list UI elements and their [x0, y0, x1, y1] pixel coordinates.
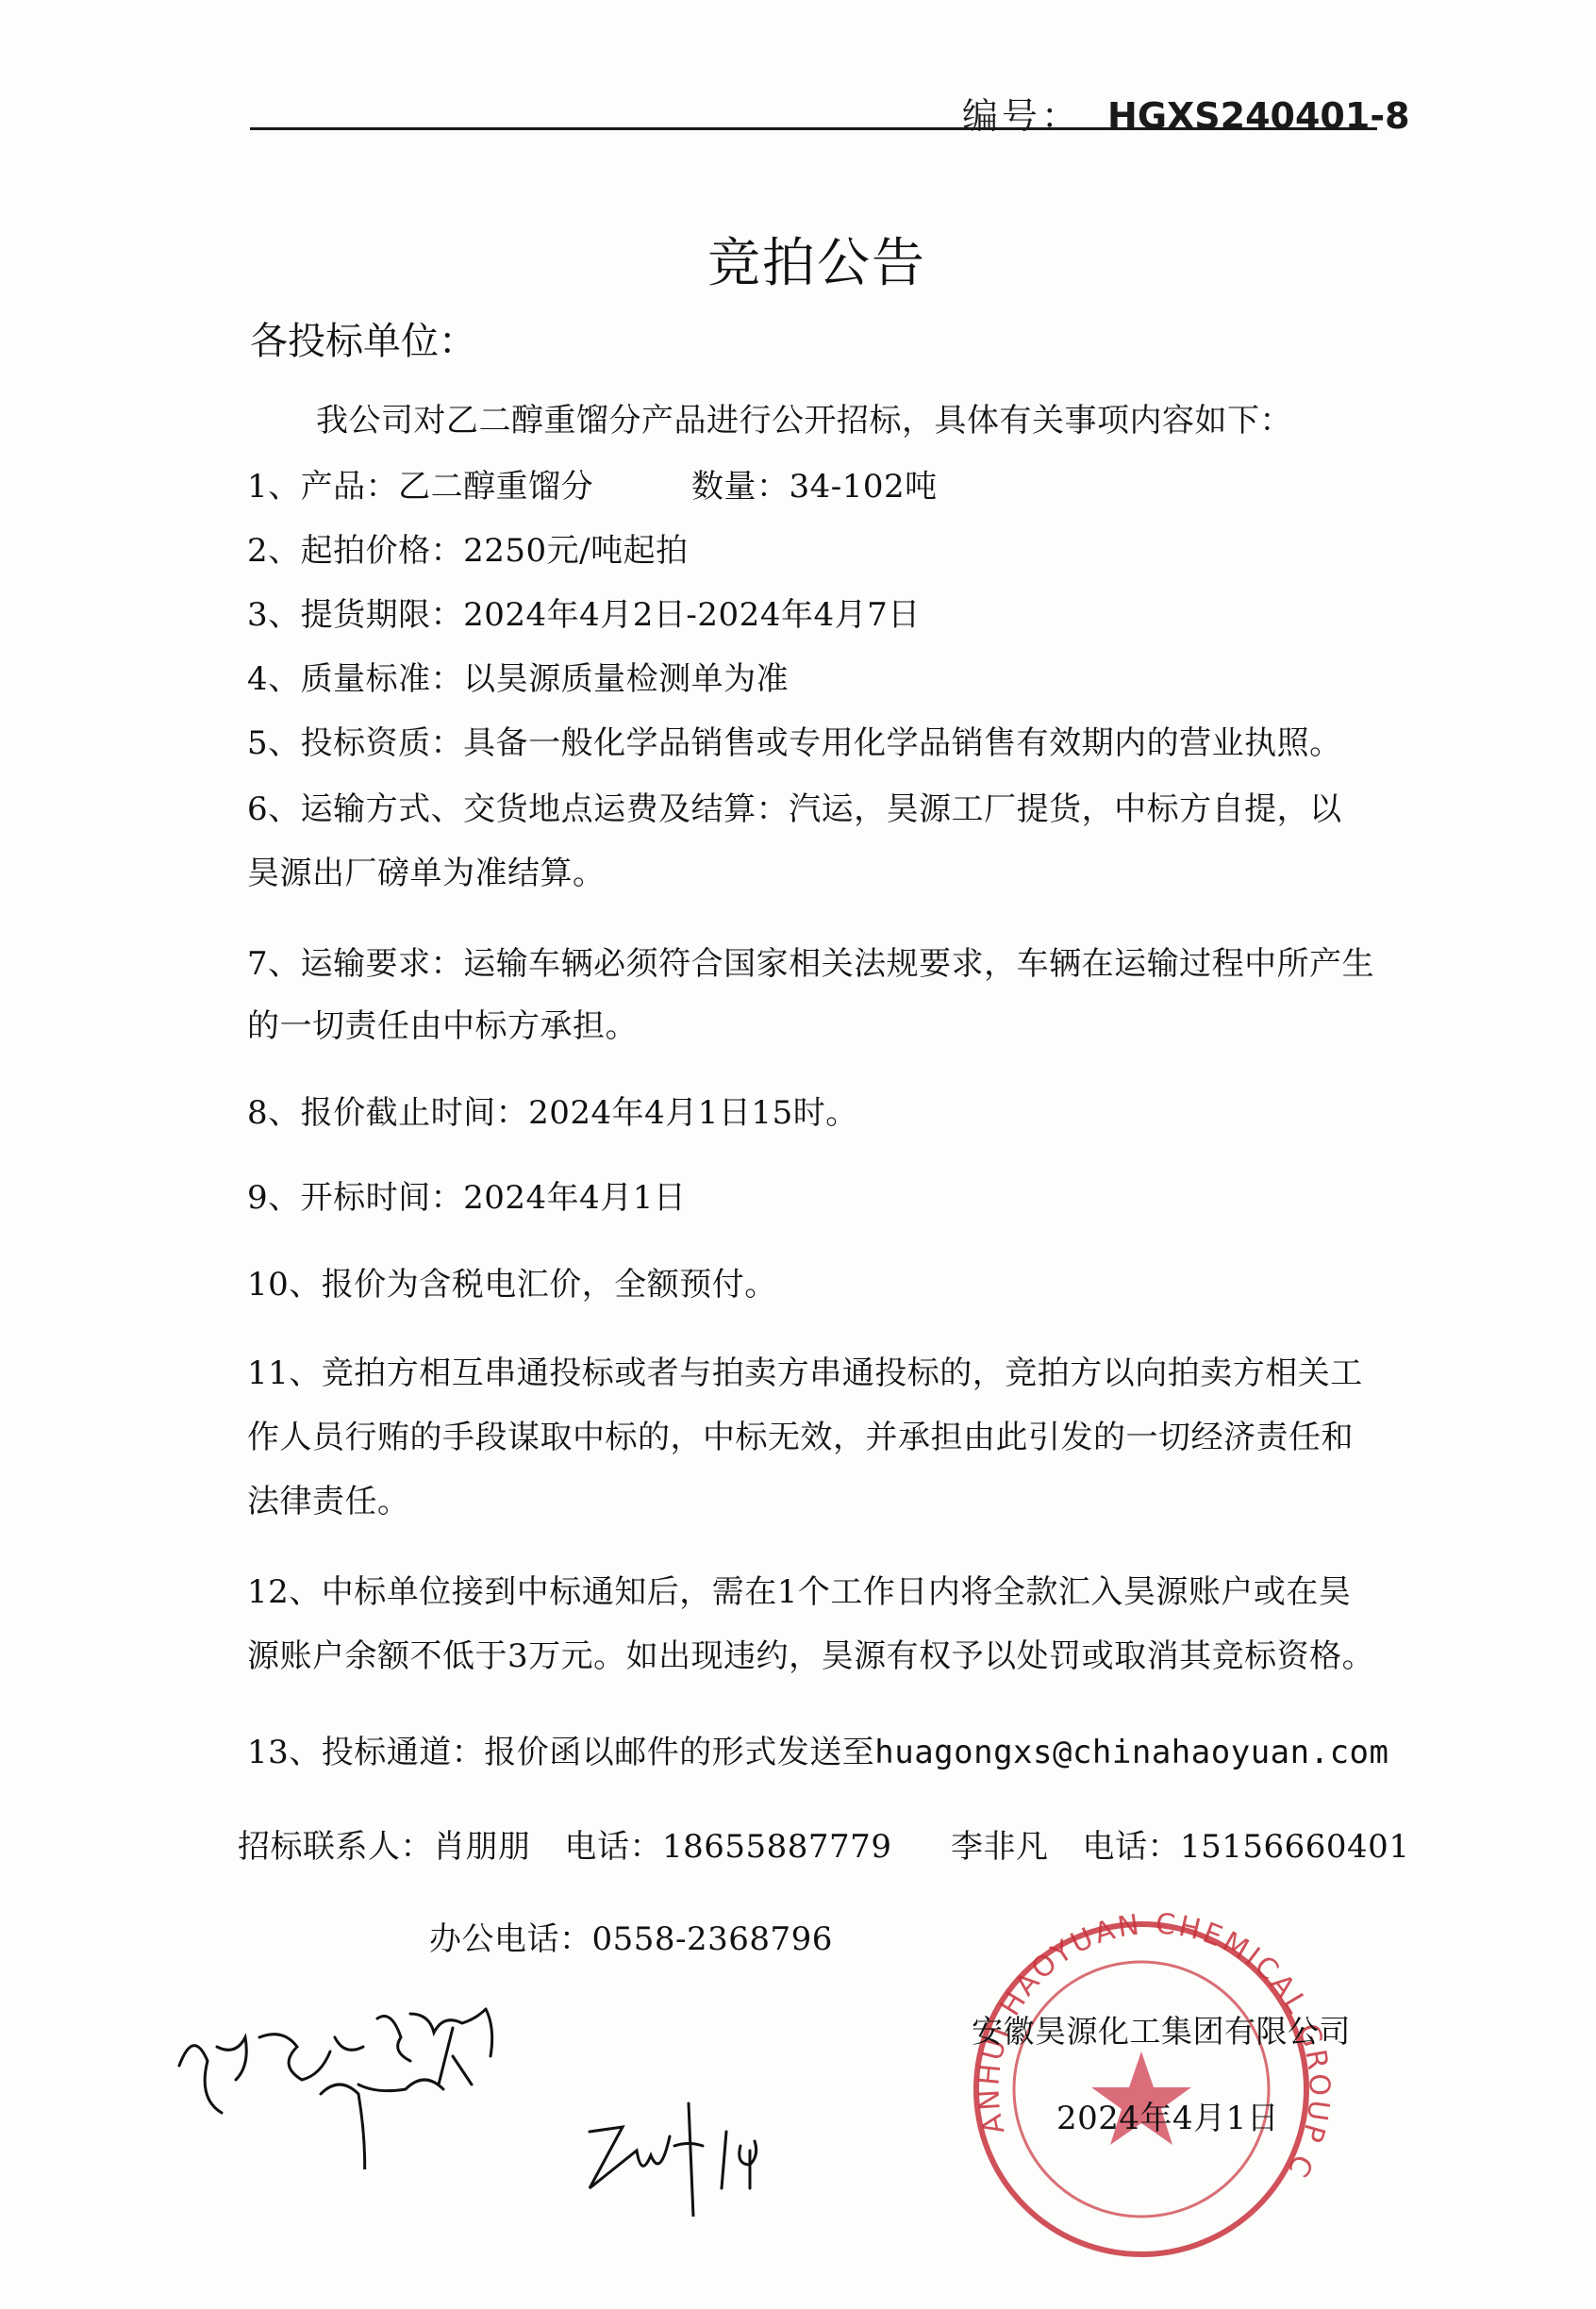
- item-text: 竞拍方相互串通投标或者与拍卖方串通投标的，竞拍方以向拍卖方相关工: [322, 1354, 1363, 1392]
- quantity-value: 34-102吨: [790, 468, 938, 506]
- item-7-continued: 的一切责任由中标方承担。: [247, 1000, 638, 1046]
- item-text: 具备一般化学品销售或专用化学品销售有效期内的营业执照。: [463, 724, 1342, 762]
- item-label: 起拍价格：: [301, 532, 464, 570]
- intro-paragraph: 我公司对乙二醇重馏分产品进行公开招标，具体有关事项内容如下：: [316, 394, 1292, 440]
- item-11-continued: 作人员行贿的手段谋取中标的，中标无效，并承担由此引发的一切经济责任和: [247, 1411, 1354, 1457]
- item-number: 2、: [247, 532, 301, 570]
- office-phone-value: 0558-2368796: [592, 1920, 833, 1958]
- item-text: 报价函以邮件的形式发送至: [484, 1734, 874, 1771]
- item-number: 9、: [247, 1179, 301, 1217]
- item-number: 5、: [247, 724, 301, 762]
- item-label: 提货期限：: [301, 596, 464, 634]
- item-label: 投标资质：: [301, 724, 464, 762]
- item-2: 2、起拍价格：2250元/吨起拍: [247, 524, 689, 571]
- item-number: 8、: [247, 1094, 301, 1132]
- office-phone: 办公电话：0558-2368796: [429, 1913, 833, 1959]
- salutation: 各投标单位：: [250, 311, 476, 365]
- contact-name: 李非凡: [951, 1828, 1049, 1866]
- item-11-continued-2: 法律责任。: [247, 1475, 410, 1521]
- item-label: 报价截止时间：: [301, 1094, 529, 1132]
- item-number: 7、: [247, 945, 301, 983]
- item-label: 质量标准：: [301, 660, 464, 698]
- seal-icon: ANHUI HAOYUAN CHEMICAL GROUP CO.,LTD.: [948, 1896, 1354, 2264]
- item-text: 报价为含税电汇价，全额预付。: [322, 1266, 777, 1304]
- signature-icon: [585, 2094, 773, 2217]
- document-number-label: 编号：: [962, 95, 1081, 137]
- item-text: 汽运，昊源工厂提货，中标方自提，以: [789, 790, 1342, 828]
- handwritten-note-icon: [170, 1981, 528, 2169]
- contact-phone: 15156660401: [1180, 1828, 1409, 1866]
- item-6-continued: 昊源出厂磅单为准结算。: [247, 847, 606, 893]
- phone-label: 电话：: [1083, 1828, 1181, 1866]
- item-9: 9、开标时间：2024年4月1日: [247, 1171, 686, 1218]
- item-13: 13、投标通道：报价函以邮件的形式发送至huagongxs@chinahaoyu…: [247, 1726, 1388, 1772]
- item-label: 运输要求：: [301, 945, 464, 983]
- item-text: 2024年4月2日-2024年4月7日: [463, 596, 921, 634]
- contact-name: 肖朋朋: [433, 1828, 531, 1866]
- item-11: 11、竞拍方相互串通投标或者与拍卖方串通投标的，竞拍方以向拍卖方相关工: [247, 1347, 1363, 1393]
- office-phone-label: 办公电话：: [429, 1920, 592, 1958]
- item-number: 1、: [247, 468, 301, 506]
- page-title: 竞拍公告: [707, 222, 926, 297]
- item-label: 开标时间：: [301, 1179, 464, 1217]
- item-6: 6、运输方式、交货地点运费及结算：汽运，昊源工厂提货，中标方自提，以: [247, 783, 1342, 829]
- item-text: 以昊源质量检测单为准: [463, 660, 789, 698]
- item-10: 10、报价为含税电汇价，全额预付。: [247, 1258, 777, 1304]
- item-label: 投标通道：: [322, 1734, 485, 1771]
- document-number: 编号：HGXS240401-8: [962, 87, 1410, 139]
- item-number: 3、: [247, 596, 301, 634]
- item-number: 12、: [247, 1573, 322, 1611]
- item-label: 产品：: [301, 468, 399, 506]
- quantity-label: 数量：: [691, 468, 790, 506]
- contact-phone: 18655887779: [662, 1828, 891, 1866]
- item-text: 2250元/吨起拍: [463, 532, 688, 570]
- document-number-value: HGXS240401-8: [1107, 95, 1410, 137]
- item-number: 6、: [247, 790, 301, 828]
- item-7: 7、运输要求：运输车辆必须符合国家相关法规要求，车辆在运输过程中所产生: [247, 938, 1374, 984]
- item-12: 12、中标单位接到中标通知后，需在1个工作日内将全款汇入昊源账户或在昊: [247, 1566, 1351, 1612]
- item-text: 2024年4月1日: [463, 1179, 686, 1217]
- bid-email-link[interactable]: huagongxs@chinahaoyuan.com: [874, 1734, 1388, 1771]
- item-text: 乙二醇重馏分: [398, 468, 593, 506]
- item-text: 中标单位接到中标通知后，需在1个工作日内将全款汇入昊源账户或在昊: [322, 1573, 1352, 1611]
- item-4: 4、质量标准：以昊源质量检测单为准: [247, 653, 789, 699]
- item-number: 11、: [247, 1354, 322, 1392]
- item-8: 8、报价截止时间：2024年4月1日15时。: [247, 1087, 858, 1133]
- contact-person-1: 招标联系人：肖朋朋电话：18655887779: [238, 1820, 891, 1867]
- phone-label: 电话：: [565, 1828, 663, 1866]
- company-seal-stamp: ANHUI HAOYUAN CHEMICAL GROUP CO.,LTD.: [948, 1896, 1354, 2264]
- item-3: 3、提货期限：2024年4月2日-2024年4月7日: [247, 589, 921, 635]
- item-1: 1、产品：乙二醇重馏分: [247, 460, 593, 507]
- item-number: 4、: [247, 660, 301, 698]
- item-12-continued: 源账户余额不低于3万元。如出现违约，昊源有权予以处罚或取消其竞标资格。: [247, 1630, 1374, 1676]
- company-name: 安徽昊源化工集团有限公司: [972, 2007, 1351, 2052]
- item-1-quantity: 数量：34-102吨: [691, 460, 938, 507]
- contact-person-2: 李非凡电话：15156660401: [951, 1820, 1409, 1867]
- item-number: 13、: [247, 1734, 322, 1771]
- item-text: 运输车辆必须符合国家相关法规要求，车辆在运输过程中所产生: [463, 945, 1374, 983]
- contacts-label: 招标联系人：: [238, 1828, 433, 1866]
- item-text: 2024年4月1日15时。: [528, 1094, 858, 1132]
- item-5: 5、投标资质：具备一般化学品销售或专用化学品销售有效期内的营业执照。: [247, 717, 1342, 763]
- issue-date: 2024年4月1日: [1056, 2092, 1279, 2138]
- header-divider: [250, 127, 1377, 130]
- item-label: 运输方式、交货地点运费及结算：: [301, 790, 790, 828]
- item-number: 10、: [247, 1266, 322, 1304]
